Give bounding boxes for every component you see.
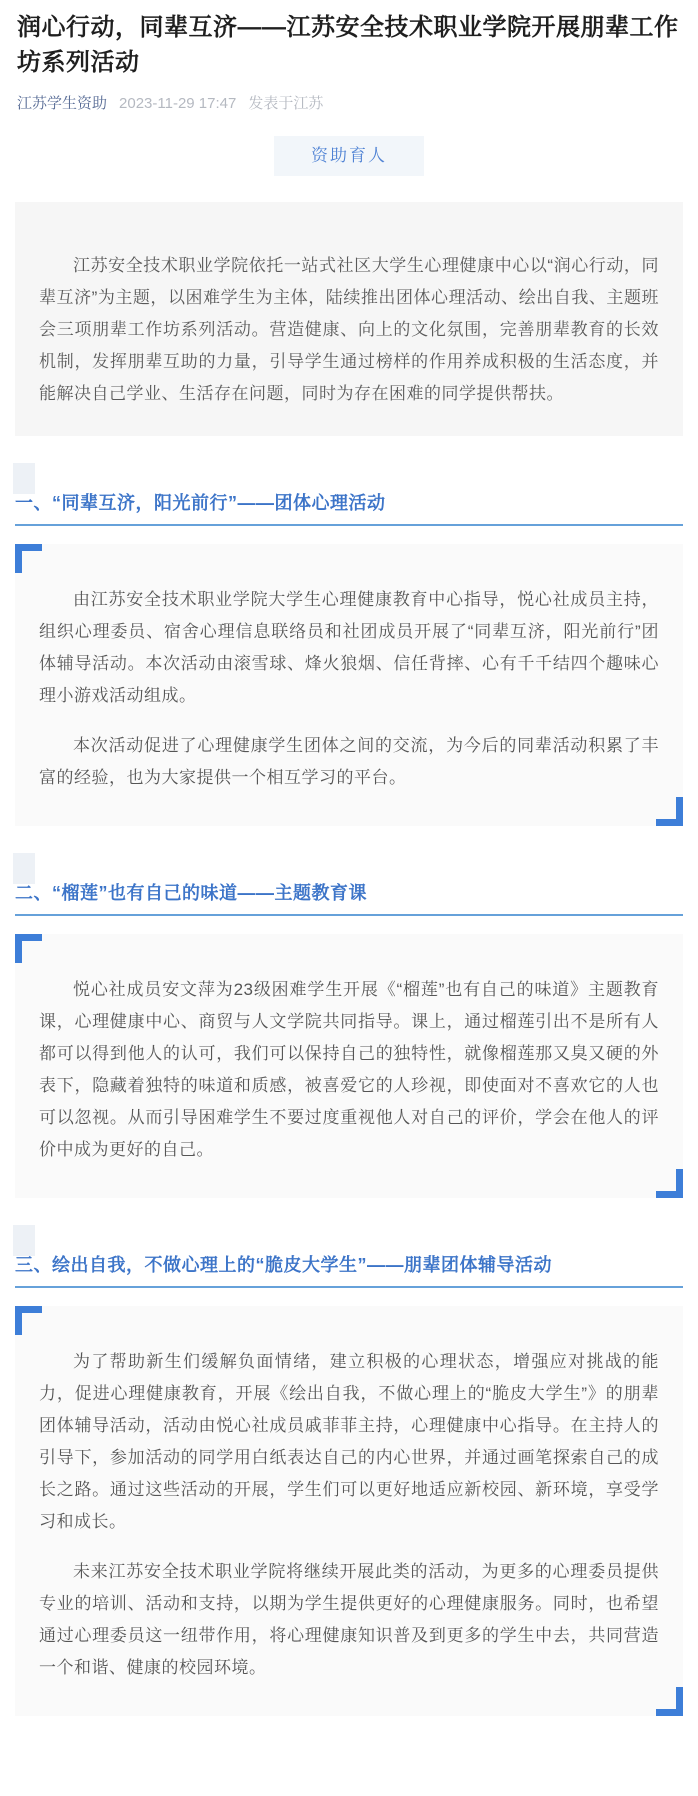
section-2-header: 二、“榴莲”也有自己的味道——主题教育课	[15, 880, 683, 916]
section-1-content-box: 由江苏安全技术职业学院大学生心理健康教育中心指导，悦心社成员主持，组织心理委员、…	[15, 544, 683, 826]
section-2-paragraph-1: 悦心社成员安文萍为23级困难学生开展《“榴莲”也有自己的味道》主题教育课，心理健…	[39, 974, 659, 1166]
publish-timestamp: 2023-11-29 17:47	[119, 94, 236, 114]
corner-bracket-top-left	[15, 1306, 42, 1335]
intro-box: 江苏安全技术职业学院依托一站式社区大学生心理健康中心以“润心行动，同辈互济”为主…	[15, 202, 683, 436]
section-1-paragraph-2: 本次活动促进了心理健康学生团体之间的交流，为今后的同辈活动积累了丰富的经验，也为…	[39, 730, 659, 794]
corner-bracket-bottom-right	[656, 1169, 683, 1198]
section-3-heading: 三、绘出自我，不做心理上的“脆皮大学生”——朋辈团体辅导活动	[15, 1252, 683, 1278]
corner-bracket-top-left	[15, 934, 42, 963]
article-page: 润心行动，同辈互济——江苏安全技术职业学院开展朋辈工作坊系列活动 江苏学生资助 …	[0, 0, 698, 1796]
corner-bracket-bottom-right	[656, 797, 683, 826]
account-name-link[interactable]: 江苏学生资助	[17, 94, 107, 114]
section-2-content-box: 悦心社成员安文萍为23级困难学生开展《“榴莲”也有自己的味道》主题教育课，心理健…	[15, 934, 683, 1198]
section-2-heading: 二、“榴莲”也有自己的味道——主题教育课	[15, 880, 683, 906]
section-3-paragraph-2: 未来江苏安全技术职业学院将继续开展此类的活动，为更多的心理委员提供专业的培训、活…	[39, 1556, 659, 1684]
article-title: 润心行动，同辈互济——江苏安全技术职业学院开展朋辈工作坊系列活动	[15, 6, 683, 80]
section-3-content-box: 为了帮助新生们缓解负面情绪，建立积极的心理状态，增强应对挑战的能力，促进心理健康…	[15, 1306, 683, 1716]
corner-bracket-top-left	[15, 544, 42, 573]
intro-paragraph: 江苏安全技术职业学院依托一站式社区大学生心理健康中心以“润心行动，同辈互济”为主…	[39, 250, 659, 410]
section-1-heading: 一、“同辈互济，阳光前行”——团体心理活动	[15, 490, 683, 516]
byline: 江苏学生资助 2023-11-29 17:47 发表于江苏	[15, 94, 683, 114]
section-3-header: 三、绘出自我，不做心理上的“脆皮大学生”——朋辈团体辅导活动	[15, 1252, 683, 1288]
section-1-paragraph-1: 由江苏安全技术职业学院大学生心理健康教育中心指导，悦心社成员主持，组织心理委员、…	[39, 584, 659, 712]
section-1-header: 一、“同辈互济，阳光前行”——团体心理活动	[15, 490, 683, 526]
topic-tag-chip[interactable]: 资助育人	[274, 136, 424, 176]
tag-row: 资助育人	[15, 136, 683, 176]
publish-location: 发表于江苏	[248, 94, 323, 114]
section-3-paragraph-1: 为了帮助新生们缓解负面情绪，建立积极的心理状态，增强应对挑战的能力，促进心理健康…	[39, 1346, 659, 1538]
corner-bracket-bottom-right	[656, 1687, 683, 1716]
